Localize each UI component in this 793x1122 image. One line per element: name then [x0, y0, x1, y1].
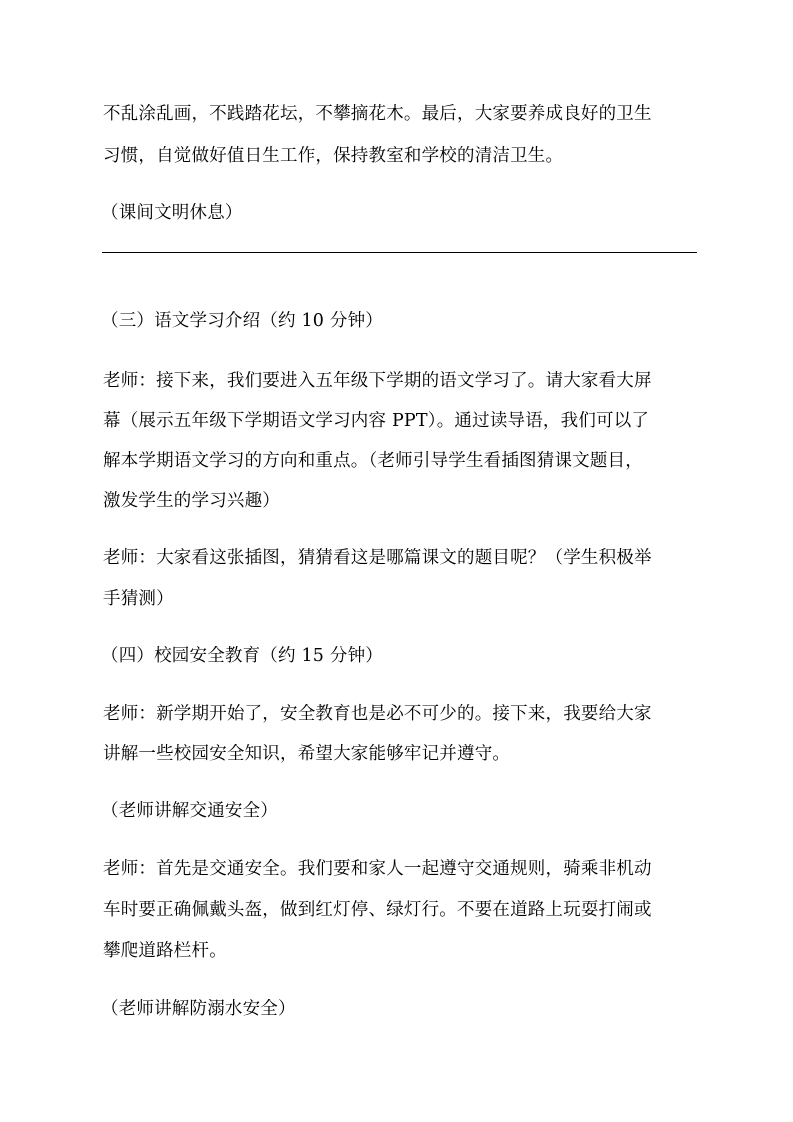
stage-direction: （老师讲解交通安全） — [101, 800, 278, 822]
section-heading: （三）语文学习介绍（约 10 分钟） — [101, 310, 383, 332]
text-line: 解本学期语文学习的方向和重点。（老师引导学生看插图猜课文题目， — [103, 450, 643, 472]
text-line: 老师：新学期开始了，安全教育也是必不可少的。接下来，我要给大家 — [103, 703, 652, 725]
text-line: 车时要正确佩戴头盔，做到红灯停、绿灯行。不要在道路上玩耍打闹或 — [103, 899, 652, 921]
text-line: 手猜测） — [103, 588, 174, 610]
document-page: 不乱涂乱画，不践踏花坛，不攀摘花木。最后，大家要养成良好的卫生 习惯，自觉做好值… — [0, 0, 793, 1122]
text-line: 老师：大家看这张插图，猜猜看这是哪篇课文的题目呢？（学生积极举 — [103, 547, 652, 569]
section-divider — [102, 252, 697, 253]
stage-direction: （老师讲解防溺水安全） — [101, 998, 296, 1020]
text-line: 不乱涂乱画，不践踏花坛，不攀摘花木。最后，大家要养成良好的卫生 — [103, 103, 652, 125]
stage-direction: （课间文明休息） — [101, 202, 243, 224]
text-line: 老师：首先是交通安全。我们要和家人一起遵守交通规则，骑乘非机动 — [103, 858, 652, 880]
text-line: 讲解一些校园安全知识，希望大家能够牢记并遵守。 — [103, 743, 510, 765]
section-heading: （四）校园安全教育（约 15 分钟） — [101, 645, 383, 667]
text-line: 激发学生的学习兴趣） — [103, 490, 280, 512]
text-line: 老师：接下来，我们要进入五年级下学期的语文学习了。请大家看大屏 — [103, 370, 652, 392]
text-line: 习惯，自觉做好值日生工作，保持教室和学校的清洁卫生。 — [103, 145, 563, 167]
text-line: 攀爬道路栏杆。 — [103, 940, 227, 962]
text-line: 幕（展示五年级下学期语文学习内容 PPT）。通过读导语，我们可以了 — [103, 410, 649, 432]
